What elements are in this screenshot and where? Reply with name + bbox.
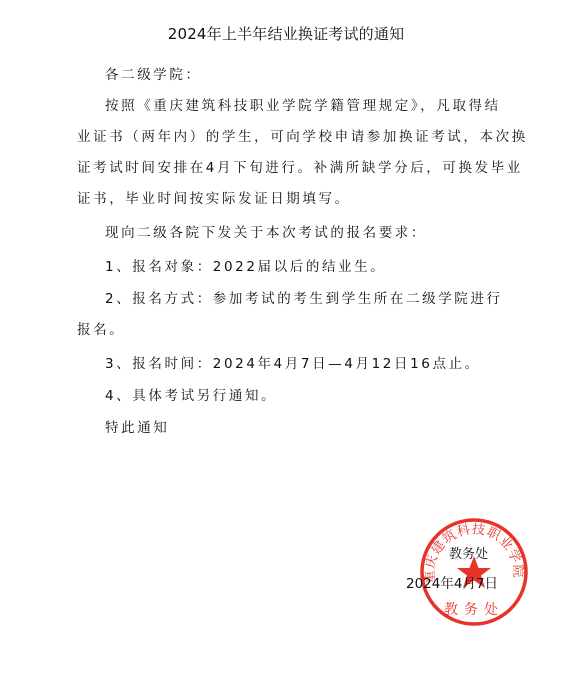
paragraph-line: 证考试时间安排在4月下旬进行。补满所缺学分后，可换发毕业: [77, 158, 523, 178]
signature-department: 教务处: [449, 543, 488, 562]
list-item: 2、报名方式：参加考试的考生到学生所在二级学院进行: [105, 289, 503, 309]
list-item: 4、具体考试另行通知。: [105, 386, 277, 406]
intro-line: 现向二级各院下发关于本次考试的报名要求：: [105, 223, 427, 243]
list-item: 3、报名时间：2024年4月7日—4月12日16点止。: [105, 354, 481, 374]
paragraph-line: 证书，毕业时间按实际发证日期填写。: [77, 189, 351, 209]
paragraph-line: 业证书（两年内）的学生，可向学校申请参加换证考试，本次换: [77, 127, 528, 147]
salutation: 各二级学院：: [105, 65, 202, 85]
list-item-continuation: 报名。: [77, 320, 125, 340]
list-item: 1、报名对象：2022届以后的结业生。: [105, 257, 386, 277]
closing: 特此通知: [105, 418, 169, 438]
document-title: 2024年上半年结业换证考试的通知: [0, 23, 572, 44]
signature-date: 2024年4月7日: [406, 572, 498, 592]
svg-text:教务处: 教务处: [444, 601, 504, 618]
paragraph-line: 按照《重庆建筑科技职业学院学籍管理规定》，凡取得结: [105, 96, 501, 116]
